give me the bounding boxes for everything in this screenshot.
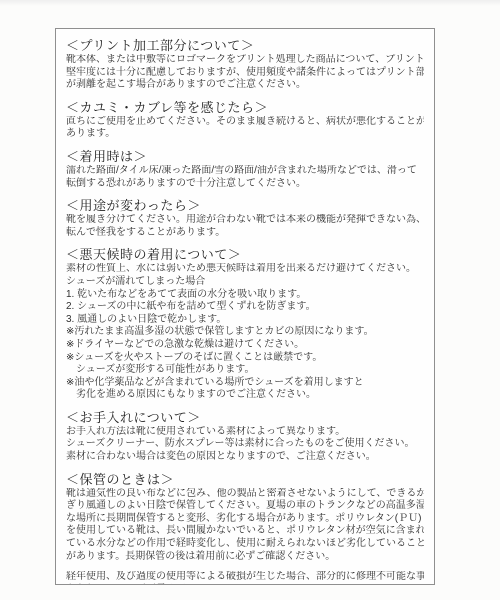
section-body: 靴本体、または中敷等にロゴマークをプリント処理した商品について、プリント 堅牢度… — [66, 54, 424, 92]
section-heading: ＜悪天候時の着用について＞ — [66, 247, 424, 263]
section-itch-rash: ＜カユミ・カブレ等を感じたら＞ 直ちにご使用を止めてください。そのまま履き続ける… — [66, 100, 424, 141]
section-body: 素材の性質上、水には弱いため悪天候時は着用を出来るだけ避けてください。 シューズ… — [66, 263, 424, 402]
section-body: 濡れた路面/タイル床/凍った路面/雪の路面/油が含まれた場所などでは、滑って 転… — [66, 165, 424, 190]
section-bad-weather: ＜悪天候時の着用について＞ 素材の性質上、水には弱いため悪天候時は着用を出来るだ… — [66, 247, 424, 402]
section-storage: ＜保管のときは＞ 靴は通気性の良い布などに包み、他の製品と密着させないようにして… — [66, 472, 424, 564]
section-body: 経年使用、及び過度の使用等による破損が生じた場合、部分的に修理不可能な事 もあり… — [66, 571, 424, 585]
section-heading: ＜プリント加工部分について＞ — [66, 38, 424, 54]
section-usage-change: ＜用途が変わったら＞ 靴を履き分けてください。用途が合わない靴では本来の機能が発… — [66, 198, 424, 239]
section-care: ＜お手入れについて＞ お手入れ方法は靴に使用されている素材によって異なります。 … — [66, 410, 424, 464]
section-body: 靴を履き分けてください。用途が合わない靴では本来の機能が発揮できない為、 転んで… — [66, 214, 424, 239]
section-heading: ＜カユミ・カブレ等を感じたら＞ — [66, 100, 424, 116]
care-instructions-page: ＜プリント加工部分について＞ 靴本体、または中敷等にロゴマークをプリント処理した… — [0, 0, 500, 600]
section-body: お手入れ方法は靴に使用されている素材によって異なります。 シューズクリーナー、防… — [66, 426, 424, 464]
section-heading: ＜着用時は＞ — [66, 149, 424, 165]
section-heading: ＜お手入れについて＞ — [66, 410, 424, 426]
section-body: 靴は通気性の良い布などに包み、他の製品と密着させないようにして、できるか ぎり風… — [66, 488, 424, 564]
section-print-processing: ＜プリント加工部分について＞ 靴本体、または中敷等にロゴマークをプリント処理した… — [66, 38, 424, 92]
care-instructions-sheet: ＜プリント加工部分について＞ 靴本体、または中敷等にロゴマークをプリント処理した… — [55, 28, 435, 585]
section-heading: ＜保管のときは＞ — [66, 472, 424, 488]
section-disclaimer: 経年使用、及び過度の使用等による破損が生じた場合、部分的に修理不可能な事 もあり… — [66, 571, 424, 585]
section-when-wearing: ＜着用時は＞ 濡れた路面/タイル床/凍った路面/雪の路面/油が含まれた場所などで… — [66, 149, 424, 190]
section-body: 直ちにご使用を止めてください。そのまま履き続けると、病状が悪化することが ありま… — [66, 116, 424, 141]
section-heading: ＜用途が変わったら＞ — [66, 198, 424, 214]
